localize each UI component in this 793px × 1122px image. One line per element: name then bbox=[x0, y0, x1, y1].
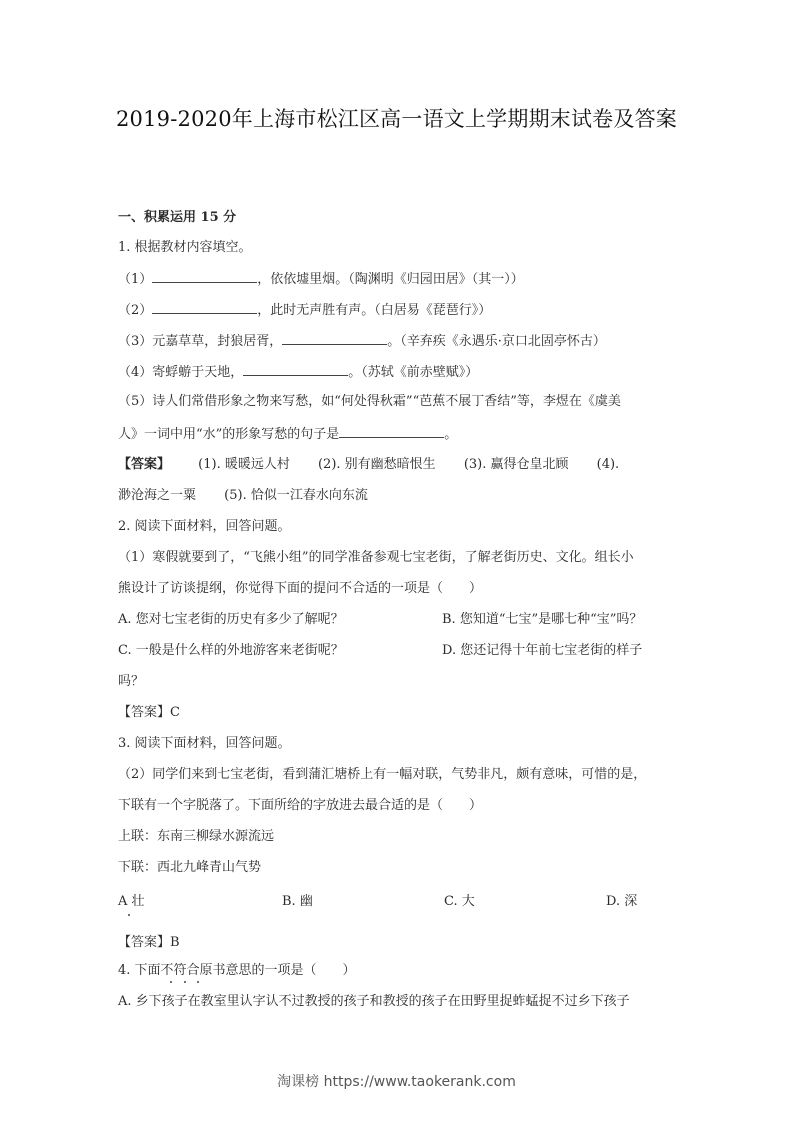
fill-blank bbox=[152, 301, 257, 314]
answer-4-label: (4). bbox=[597, 457, 620, 472]
question-2-answer: 【答案】C bbox=[118, 705, 180, 721]
question-3-body-line-2: 下联有一个字脱落了。下面所给的字放进去最合适的是（ ） bbox=[118, 798, 482, 814]
item-prefix: （3）元嘉草草，封狼居胥， bbox=[118, 334, 282, 349]
couplet-lower: 下联：西北九峰青山气势 bbox=[118, 860, 261, 876]
question-2-body-line-1: （1）寒假就要到了，“飞熊小组”的同学准备参观七宝老街，了解老街历史、文化。组长… bbox=[118, 550, 634, 566]
question-2-option-d: D. 您还记得十年前七宝老街的样子 bbox=[442, 643, 642, 659]
question-2-stem: 2. 阅读下面材料，回答问题。 bbox=[118, 519, 291, 535]
item-suffix: 。（苏轼《前赤壁赋》） bbox=[348, 365, 478, 380]
item-prefix: （4）寄蜉蝣于天地， bbox=[118, 365, 243, 380]
question-3-option-a: A 壮 bbox=[118, 894, 145, 910]
question-2-option-b: B. 您知道“七宝”是哪七种“宝”吗？ bbox=[442, 612, 642, 628]
fill-blank bbox=[243, 363, 348, 376]
item-prefix: （1） bbox=[118, 272, 152, 287]
question-1-answer-line-2: 渺沧海之一粟 (5). 恰似一江春水向东流 bbox=[118, 488, 368, 504]
question-3-stem: 3. 阅读下面材料，回答问题。 bbox=[118, 736, 291, 752]
emphasis-dot bbox=[170, 981, 172, 983]
stray-dot bbox=[128, 914, 130, 916]
item-suffix: 。 bbox=[444, 427, 457, 442]
question-4-option-a: A. 乡下孩子在教室里认字认不过教授的孩子和教授的孩子在田野里捉蚱蜢捉不过乡下孩… bbox=[118, 994, 630, 1010]
item-suffix: ，此时无声胜有声。（白居易《琵琶行》） bbox=[257, 303, 491, 318]
emphasis-dot bbox=[184, 981, 186, 983]
item-prefix: （2） bbox=[118, 303, 152, 318]
question-3-answer: 【答案】B bbox=[118, 935, 180, 951]
question-3-option-c: C. 大 bbox=[444, 894, 475, 910]
footer-watermark: 淘课榜 https://www.taokerank.com bbox=[0, 1071, 793, 1091]
question-1-answer-line-1: 【答案】 (1). 暖暖远人村 (2). 别有幽愁暗恨生 (3). 赢得仓皇北顾… bbox=[118, 457, 619, 473]
item-prefix: 人》一词中用“水”的形象写愁的句子是 bbox=[118, 427, 339, 442]
question-4-stem: 4. 下面不符合原书意思的一项是（ ） bbox=[118, 963, 356, 979]
item-suffix: ，依依墟里烟。（陶渊明《归园田居》（其一）） bbox=[257, 272, 524, 287]
fill-blank bbox=[282, 332, 387, 345]
answer-1: (1). 暖暖远人村 bbox=[198, 457, 290, 472]
emphasis-dot bbox=[197, 981, 199, 983]
question-1-item-3: （3）元嘉草草，封狼居胥，。（辛弃疾《永遇乐·京口北固亭怀古） bbox=[118, 332, 606, 350]
question-1-item-1: （1），依依墟里烟。（陶渊明《归园田居》（其一）） bbox=[118, 270, 524, 288]
item-suffix: 。（辛弃疾《永遇乐·京口北固亭怀古） bbox=[387, 334, 606, 349]
answer-label: 【答案】 bbox=[118, 457, 170, 472]
question-3-body-line-1: （2）同学们来到七宝老街，看到蒲汇塘桥上有一幅对联，气势非凡，颇有意味，可惜的是… bbox=[118, 767, 646, 783]
question-1-item-5-line-1: （5）诗人们常借形象之物来写愁，如“何处得秋霜”“芭蕉不展丁香结”等，李煜在《虞… bbox=[118, 394, 621, 410]
question-2-body-line-2: 熊设计了访谈提纲，你觉得下面的提问不合适的一项是（ ） bbox=[118, 581, 482, 597]
couplet-upper: 上联：东南三柳绿水源流远 bbox=[118, 829, 274, 845]
question-2-option-a: A. 您对七宝老街的历史有多少了解呢？ bbox=[118, 612, 344, 628]
answer-3: (3). 赢得仓皇北顾 bbox=[464, 457, 569, 472]
question-2-option-c: C. 一般是什么样的外地游客来老街呢？ bbox=[118, 643, 344, 659]
section-heading: 一、积累运用 15 分 bbox=[118, 210, 236, 226]
question-1-stem: 1. 根据教材内容填空。 bbox=[118, 240, 252, 256]
answer-4-text: 渺沧海之一粟 bbox=[118, 488, 196, 503]
fill-blank bbox=[152, 270, 257, 283]
question-1-item-2: （2），此时无声胜有声。（白居易《琵琶行》） bbox=[118, 301, 491, 319]
question-1-item-4: （4）寄蜉蝣于天地，。（苏轼《前赤壁赋》） bbox=[118, 363, 478, 381]
answer-5: (5). 恰似一江春水向东流 bbox=[224, 488, 368, 503]
question-3-option-b: B. 幽 bbox=[282, 894, 313, 910]
question-1-item-5-line-2: 人》一词中用“水”的形象写愁的句子是。 bbox=[118, 425, 457, 443]
fill-blank bbox=[339, 425, 444, 438]
document-title: 2019-2020年上海市松江区高一语文上学期期末试卷及答案 bbox=[0, 103, 793, 133]
question-3-option-d: D. 深 bbox=[606, 894, 637, 910]
question-2-option-d-continued: 吗？ bbox=[118, 674, 144, 690]
answer-2: (2). 别有幽愁暗恨生 bbox=[318, 457, 436, 472]
